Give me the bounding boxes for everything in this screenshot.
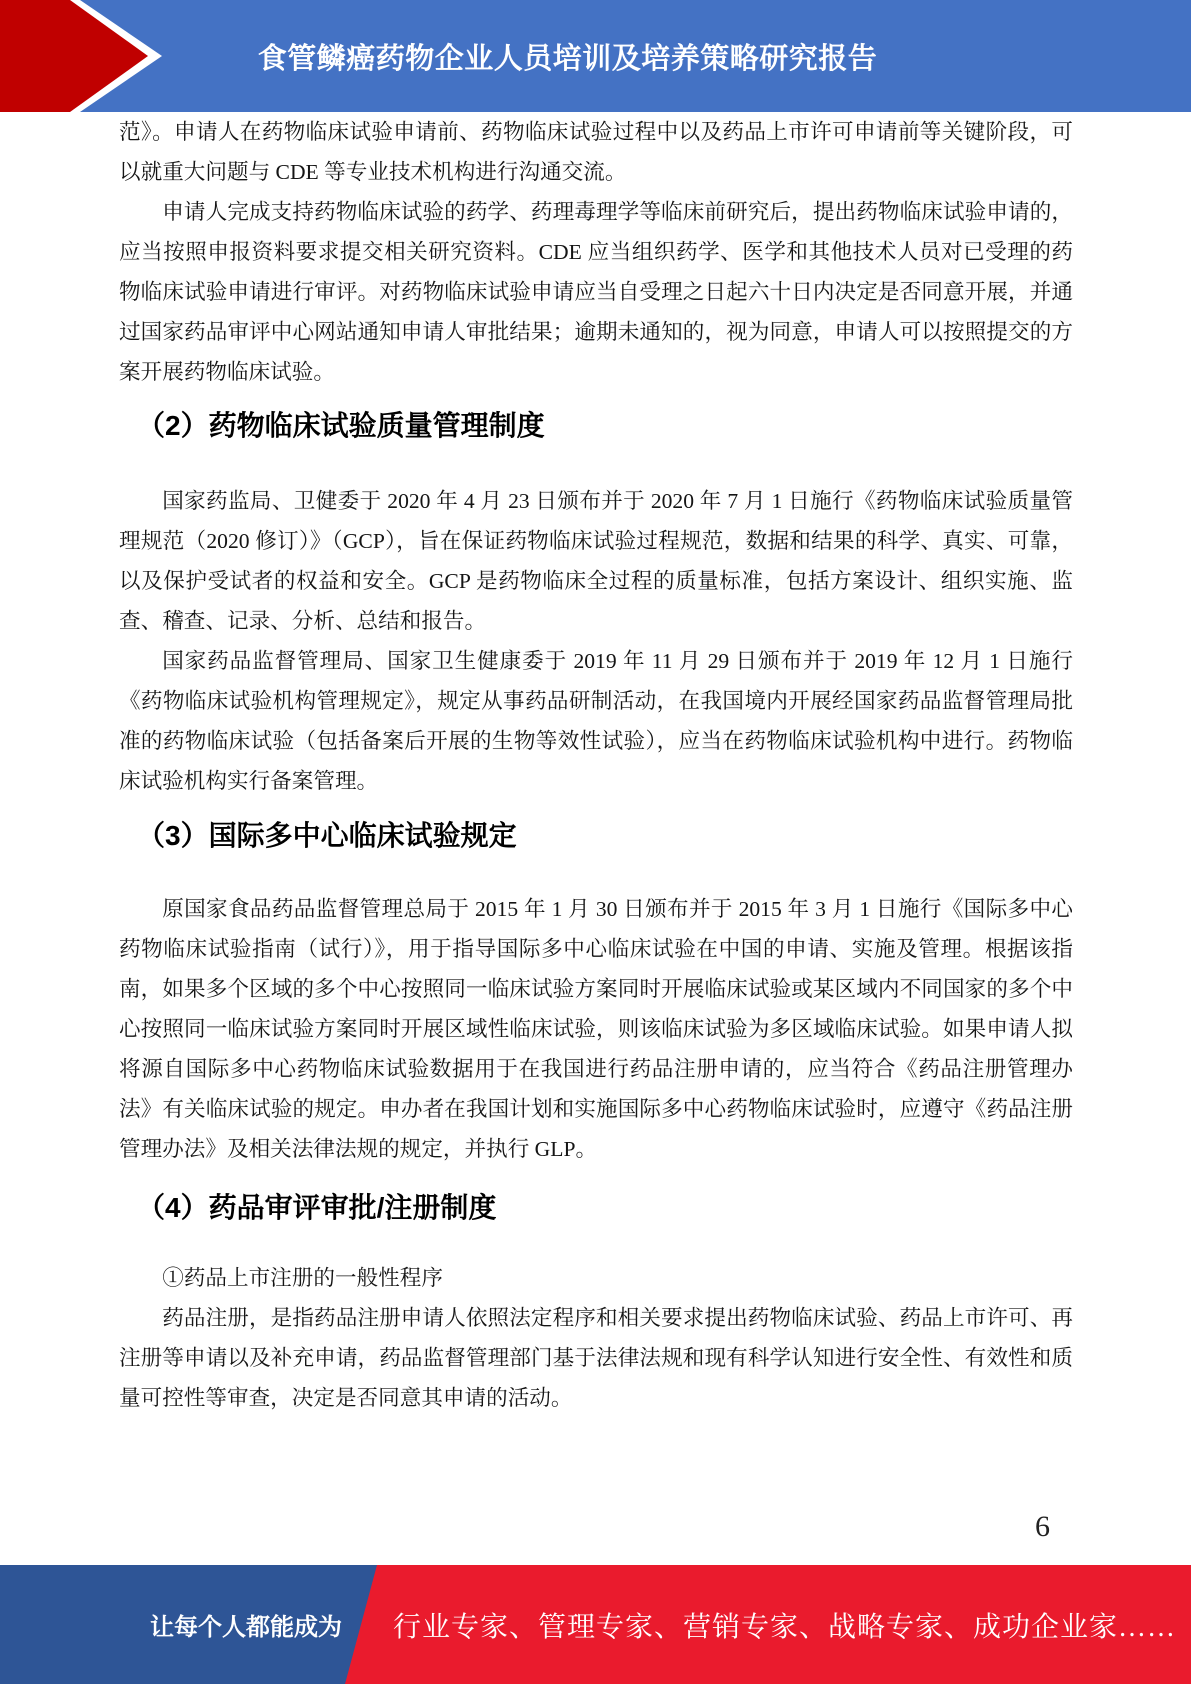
footer-slogan-left: 让每个人都能成为 xyxy=(150,1565,342,1684)
footer-slogan-right: 行业专家、管理专家、营销专家、战略专家、成功企业家…… xyxy=(393,1565,1176,1684)
section-heading-2: （2）药物临床试验质量管理制度 xyxy=(119,406,1073,446)
paragraph: 国家药监局、卫健委于 2020 年 4 月 23 日颁布并于 2020 年 7 … xyxy=(119,481,1073,641)
paragraph: 药品注册，是指药品注册申请人依照法定程序和相关要求提出药物临床试验、药品上市许可… xyxy=(119,1298,1073,1418)
paragraph: 原国家食品药品监督管理总局于 2015 年 1 月 30 日颁布并于 2015 … xyxy=(119,889,1073,1169)
paragraph: 申请人完成支持药物临床试验的药学、药理毒理学等临床前研究后，提出药物临床试验申请… xyxy=(119,192,1073,392)
section-heading-3: （3）国际多中心临床试验规定 xyxy=(119,816,1073,856)
footer-banner: 让每个人都能成为 行业专家、管理专家、营销专家、战略专家、成功企业家…… xyxy=(0,1565,1191,1684)
document-body: 范》。申请人在药物临床试验申请前、药物临床试验过程中以及药品上市许可申请前等关键… xyxy=(119,112,1073,1418)
subitem-label: ①药品上市注册的一般性程序 xyxy=(119,1258,1073,1298)
paragraph: 国家药品监督管理局、国家卫生健康委于 2019 年 11 月 29 日颁布并于 … xyxy=(119,641,1073,801)
page-number: 6 xyxy=(1035,1510,1050,1544)
report-title: 食管鳞癌药物企业人员培训及培养策略研究报告 xyxy=(0,0,1191,112)
section-heading-4: （4）药品审评审批/注册制度 xyxy=(119,1188,1073,1228)
header-banner: 食管鳞癌药物企业人员培训及培养策略研究报告 xyxy=(0,0,1191,112)
paragraph: 范》。申请人在药物临床试验申请前、药物临床试验过程中以及药品上市许可申请前等关键… xyxy=(119,112,1073,192)
